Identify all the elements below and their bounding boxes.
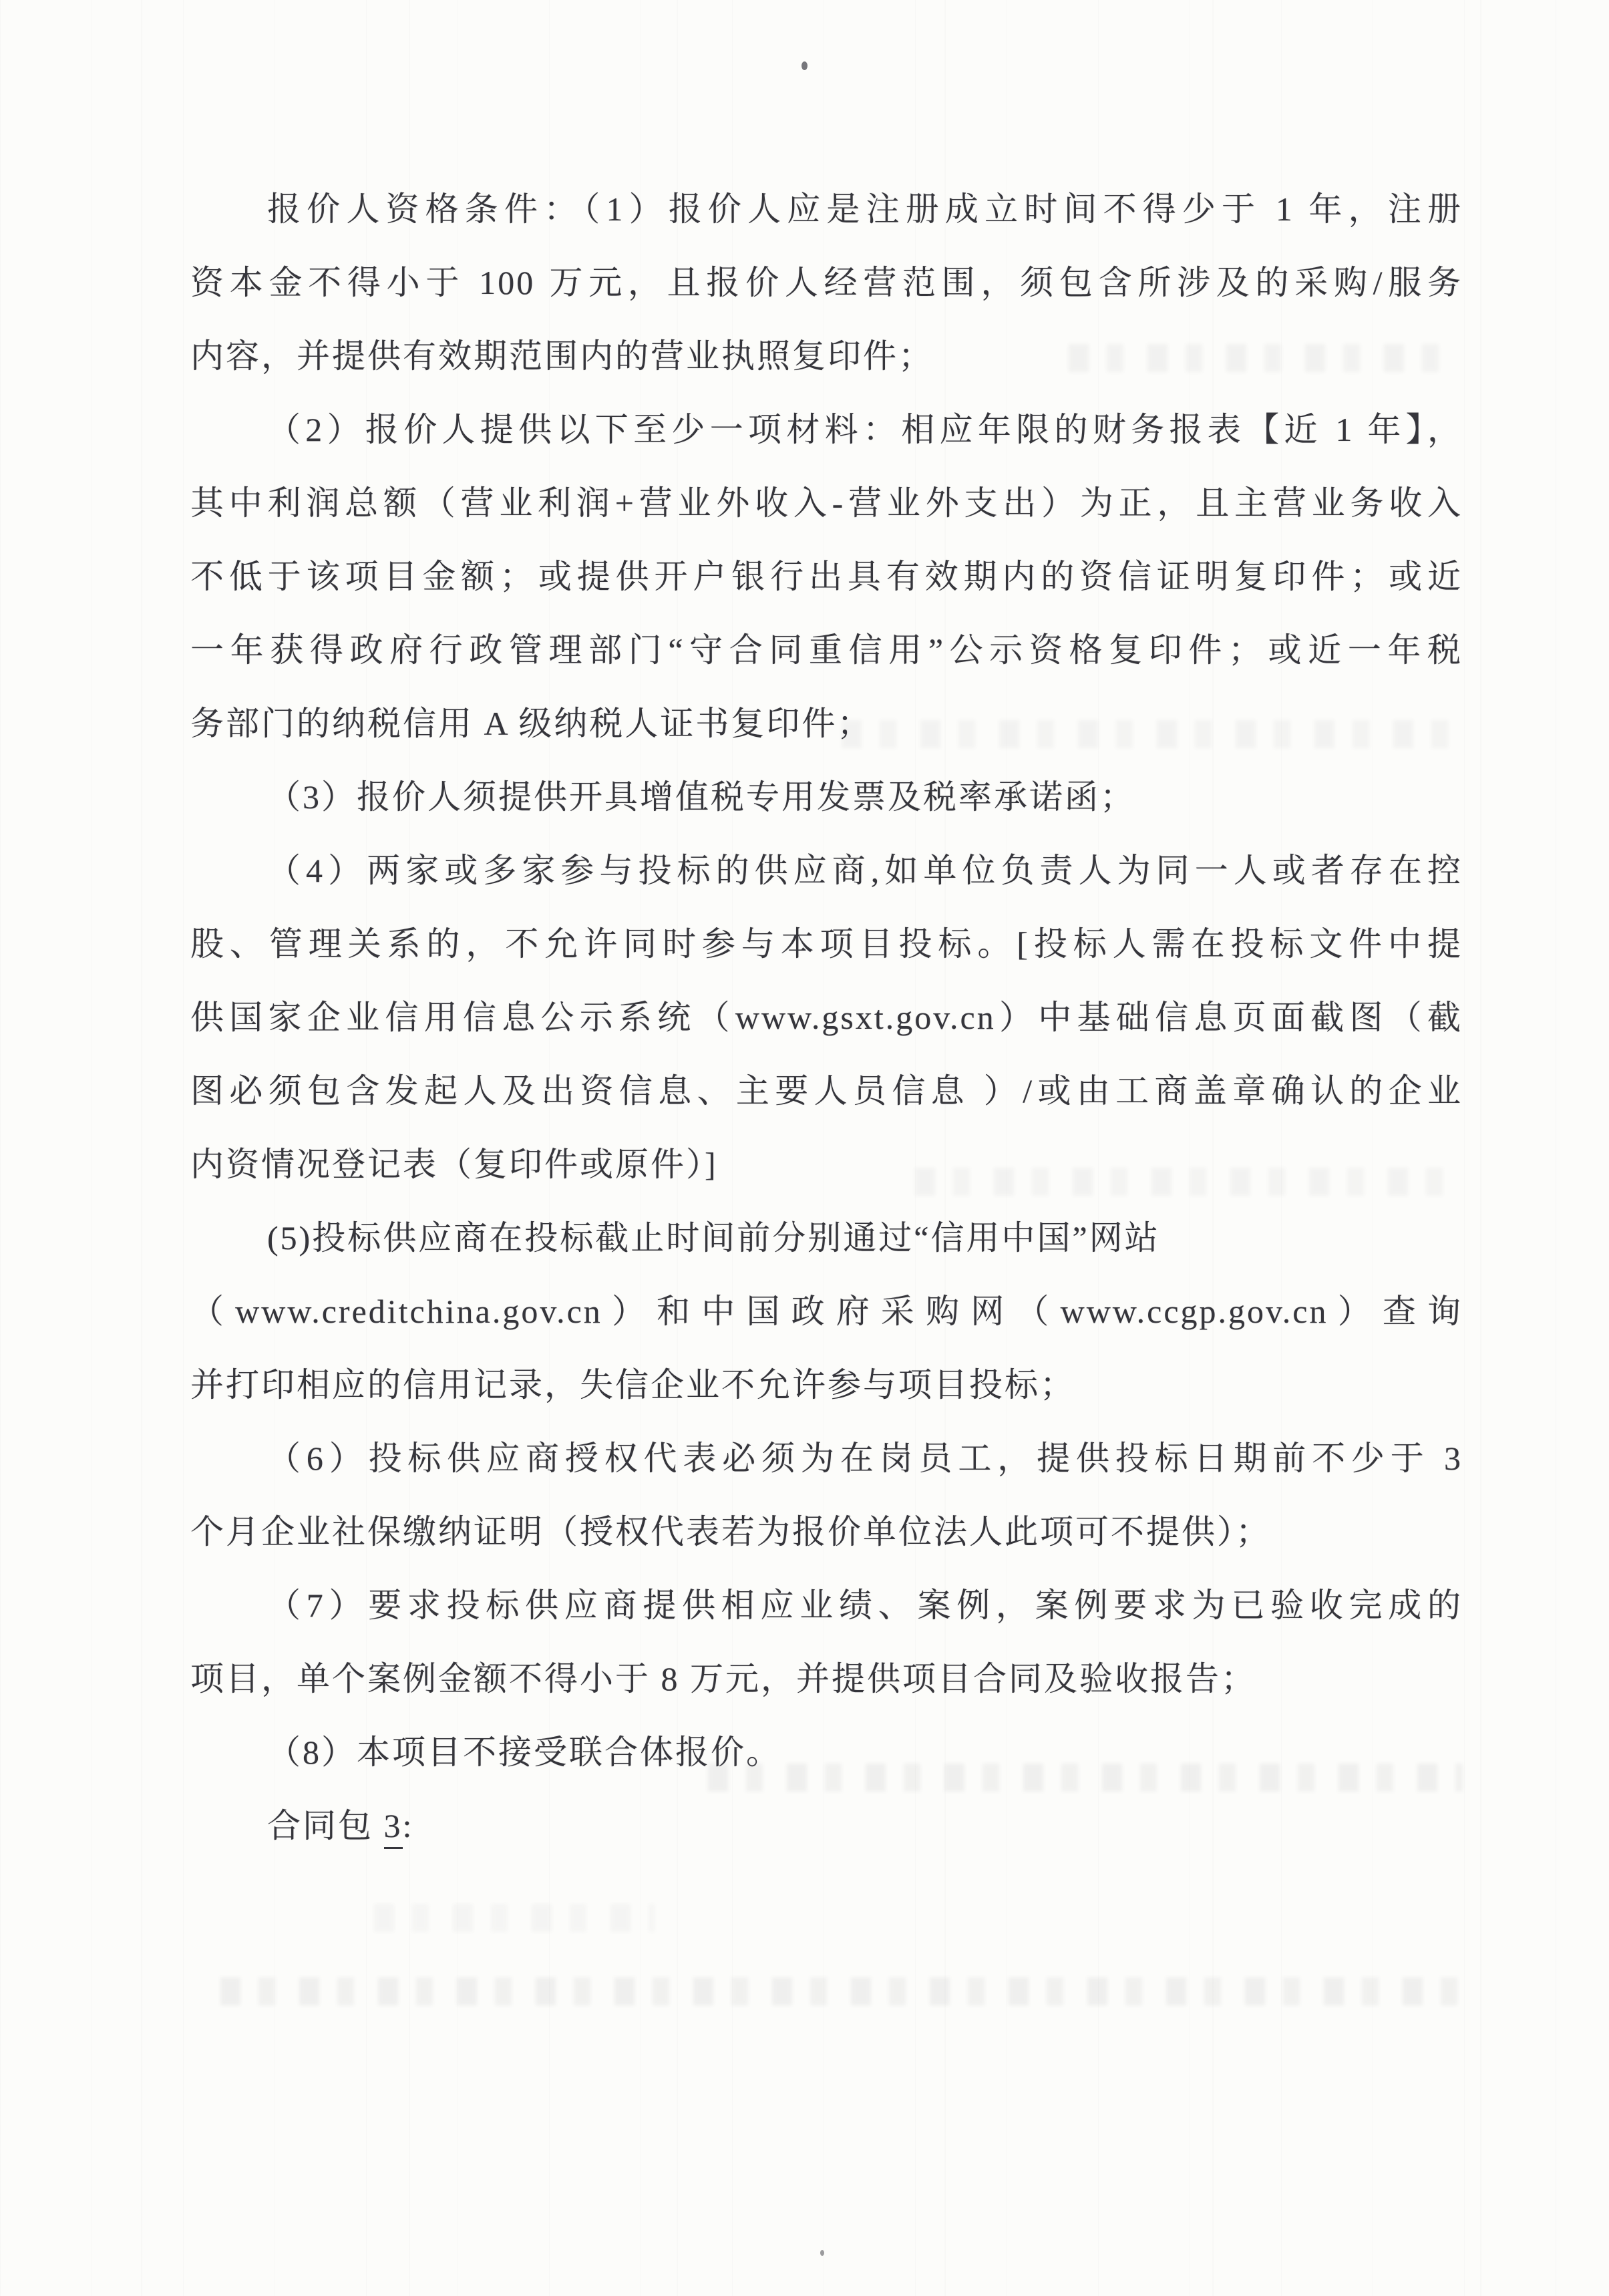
text-segment: （8）本项目不接受联合体报价。 — [267, 1734, 781, 1771]
scan-speck — [1443, 1012, 1446, 1016]
text-line: （8）本项目不接受联合体报价。 — [190, 1715, 1463, 1789]
text-segment: 个月企业社保缴纳证明（授权代表若为报价单位法人此项可不提供）； — [190, 1513, 1271, 1550]
text-segment: 其中利润总额（营业利润+营业外收入-营业外支出）为正，且主营业务收入 — [190, 484, 1463, 522]
text-segment: 不低于该项目金额；或提供开户银行出具有效期内的资信证明复印件；或近 — [190, 558, 1463, 595]
text-line: 项目，单个案例金额不得小于 8 万元，并提供项目合同及验收报告； — [190, 1642, 1463, 1715]
text-segment: 并打印相应的信用记录，失信企业不允许参与项目投标； — [190, 1366, 1075, 1404]
text-line: （7）要求投标供应商提供相应业绩、案例，案例要求为已验收完成的 — [190, 1569, 1463, 1642]
text-segment: 股、管理关系的，不允许同时参与本项目投标。[投标人需在投标文件中提 — [190, 925, 1463, 963]
bleedthrough-ghost-row — [220, 1977, 1463, 2005]
text-segment: 内容，并提供有效期范围内的营业执照复印件； — [190, 337, 934, 375]
text-segment: : — [403, 1807, 414, 1844]
text-line: 一年获得政府行政管理部门“守合同重信用”公示资格复印件；或近一年税 — [190, 613, 1463, 687]
text-line: (5)投标供应商在投标截止时间前分别通过“信用中国”网站 — [190, 1201, 1463, 1275]
text-segment: （6）投标供应商授权代表必须为在岗员工，提供投标日期前不少于 3 — [267, 1440, 1463, 1477]
scan-speck — [820, 2250, 824, 2256]
text-line: 股、管理关系的，不允许同时参与本项目投标。[投标人需在投标文件中提 — [190, 907, 1463, 981]
text-line: （3）报价人须提供开具增值税专用发票及税率承诺函； — [190, 760, 1463, 834]
text-line: 供国家企业信用信息公示系统（www.gsxt.gov.cn）中基础信息页面截图（… — [190, 981, 1463, 1054]
text-segment: 务部门的纳税信用 A 级纳税人证书复印件； — [190, 705, 872, 742]
text-segment: 图必须包含发起人及出资信息、主要人员信息 ）/或由工商盖章确认的企业 — [190, 1072, 1463, 1110]
text-segment: 报价人资格条件：（1）报价人应是注册成立时间不得少于 1 年，注册 — [267, 190, 1463, 228]
text-segment: 项目，单个案例金额不得小于 8 万元，并提供项目合同及验收报告； — [190, 1660, 1256, 1697]
text-line: 内容，并提供有效期范围内的营业执照复印件； — [190, 319, 1463, 393]
text-line: 不低于该项目金额；或提供开户银行出具有效期内的资信证明复印件；或近 — [190, 540, 1463, 613]
text-segment: 资本金不得小于 100 万元，且报价人经营范围，须包含所涉及的采购/服务 — [190, 264, 1463, 301]
text-segment: 一年获得政府行政管理部门“守合同重信用”公示资格复印件；或近一年税 — [190, 631, 1463, 669]
text-line: 合同包 3: — [190, 1789, 1463, 1862]
text-segment: （2）报价人提供以下至少一项材料：相应年限的财务报表【近 1 年】， — [267, 411, 1463, 448]
text-line: （4）两家或多家参与投标的供应商,如单位负责人为同一人或者存在控 — [190, 834, 1463, 907]
text-segment: (5)投标供应商在投标截止时间前分别通过“信用中国”网站 — [267, 1219, 1160, 1257]
text-segment: （3）报价人须提供开具增值税专用发票及税率承诺函； — [267, 778, 1135, 816]
text-segment: 合同包 — [267, 1807, 384, 1844]
text-line: 务部门的纳税信用 A 级纳税人证书复印件； — [190, 687, 1463, 760]
text-segment: 内资情况登记表（复印件或原件）] — [190, 1146, 718, 1183]
text-line: 内资情况登记表（复印件或原件）] — [190, 1128, 1463, 1201]
underlined-text: 3 — [384, 1807, 403, 1849]
text-segment: （4）两家或多家参与投标的供应商,如单位负责人为同一人或者存在控 — [267, 852, 1463, 889]
text-line: 并打印相应的信用记录，失信企业不允许参与项目投标； — [190, 1348, 1463, 1422]
text-line: 其中利润总额（营业利润+营业外收入-营业外支出）为正，且主营业务收入 — [190, 466, 1463, 540]
bleedthrough-ghost-row — [374, 1904, 655, 1932]
text-segment: （7）要求投标供应商提供相应业绩、案例，案例要求为已验收完成的 — [267, 1587, 1463, 1624]
text-line: （2）报价人提供以下至少一项材料：相应年限的财务报表【近 1 年】， — [190, 393, 1463, 466]
text-line: 图必须包含发起人及出资信息、主要人员信息 ）/或由工商盖章确认的企业 — [190, 1054, 1463, 1128]
text-line: 个月企业社保缴纳证明（授权代表若为报价单位法人此项可不提供）； — [190, 1495, 1463, 1569]
text-line: （6）投标供应商授权代表必须为在岗员工，提供投标日期前不少于 3 — [190, 1422, 1463, 1495]
scan-speck — [801, 61, 808, 70]
text-line: 资本金不得小于 100 万元，且报价人经营范围，须包含所涉及的采购/服务 — [190, 246, 1463, 319]
scanned-document-page: 报价人资格条件：（1）报价人应是注册成立时间不得少于 1 年，注册资本金不得小于… — [0, 0, 1609, 2296]
text-segment: （www.creditchina.gov.cn）和中国政府采购网（www.ccg… — [190, 1293, 1463, 1330]
text-segment: 供国家企业信用信息公示系统（www.gsxt.gov.cn）中基础信息页面截图（… — [190, 999, 1463, 1036]
text-line: 报价人资格条件：（1）报价人应是注册成立时间不得少于 1 年，注册 — [190, 172, 1463, 246]
text-line: （www.creditchina.gov.cn）和中国政府采购网（www.ccg… — [190, 1275, 1463, 1348]
text-block: 报价人资格条件：（1）报价人应是注册成立时间不得少于 1 年，注册资本金不得小于… — [190, 172, 1463, 1862]
